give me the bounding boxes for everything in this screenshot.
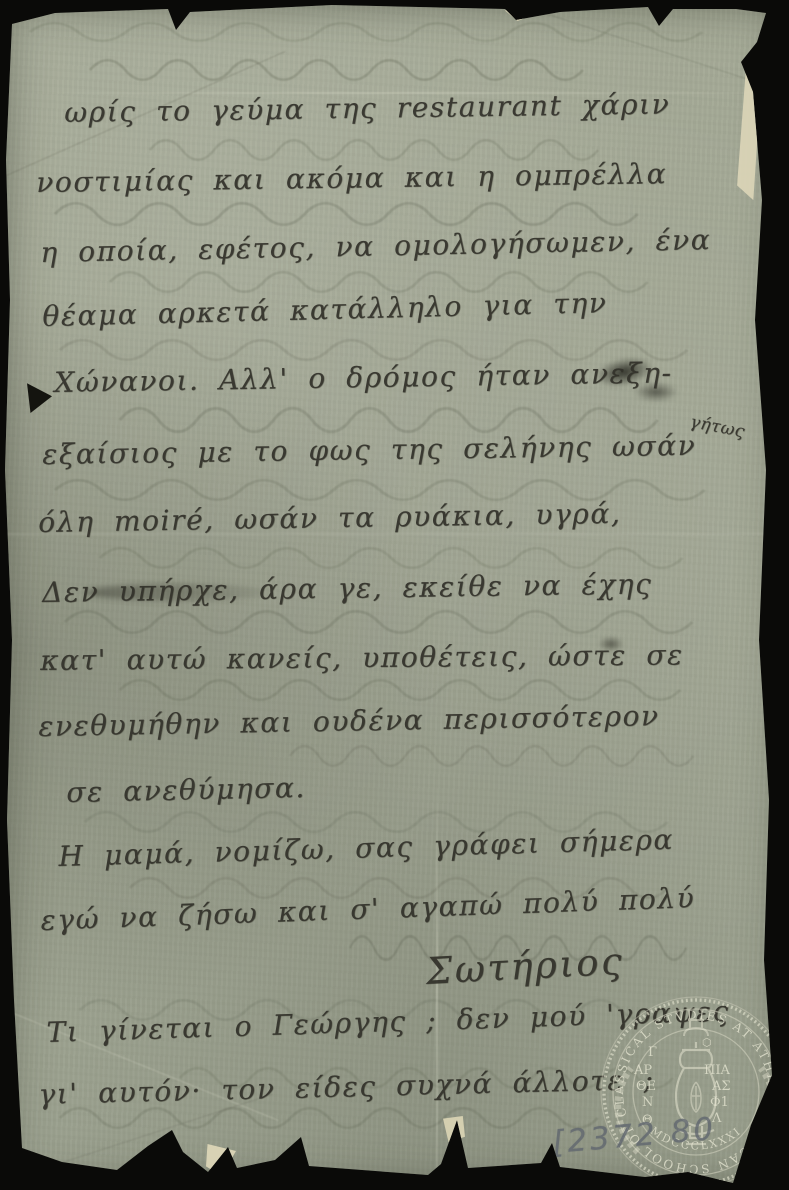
line-continuation-word: γήτως: [688, 412, 746, 442]
torn-edge-chip: [206, 1144, 236, 1176]
handwritten-line: Δεν υπήρχε, άρα γε, εκείθε να έχης: [42, 567, 653, 609]
handwritten-line: Η μαμά, νομίζω, σας γράφει σήμερα: [58, 823, 674, 873]
svg-text:⬡: ⬡: [702, 1036, 712, 1049]
embossed-library-seal: AMERICAN SCHOOL OF CLASSICAL STVDIES AT …: [598, 994, 789, 1190]
svg-text:ΑΡ: ΑΡ: [633, 1063, 652, 1078]
svg-text:Φ1: Φ1: [710, 1095, 729, 1110]
ink-blot: [27, 382, 52, 413]
handwritten-line: θέαμα αρκετά κατάλληλο για την: [42, 286, 608, 333]
handwritten-line: εξαίσιος με το φως της σελήνης ωσάν: [42, 429, 696, 471]
torn-edge-chip: [737, 58, 763, 201]
torn-edge-chip: [443, 1116, 465, 1142]
letter-paper: ωρίς το γεύμα της restaurant χάριν νοστι…: [0, 0, 789, 1190]
handwritten-line: η οποία, εφέτος, να ομολογήσωμεν, ένα: [40, 223, 711, 269]
svg-text:Γ: Γ: [648, 1045, 657, 1060]
scan-background: { "scan": { "kind": "handwritten letter …: [0, 0, 789, 1190]
torn-edge-chip: [505, 6, 533, 21]
handwritten-line: Χώνανοι. Αλλ' ο δρόμος ήταν ανεξη-: [54, 356, 673, 399]
handwritten-line: ενεθυμήθην και ουδένα περισσότερον: [38, 699, 660, 743]
handwritten-line: σε ανεθύμησα.: [66, 771, 306, 809]
handwritten-line: εγώ να ζήσω και σ' αγαπώ πολύ πολύ: [40, 881, 696, 937]
svg-text:ΑΣ: ΑΣ: [711, 1079, 731, 1094]
signature: Σωτήριος: [425, 940, 625, 993]
svg-text:ΘΕ: ΘΕ: [636, 1079, 656, 1094]
handwritten-line: όλη moiré, ωσάν τα ρυάκια, υγρά,: [38, 497, 622, 539]
handwritten-line: κατ' αυτώ κανείς, υποθέτεις, ώστε σε: [40, 638, 684, 677]
svg-text:ΠΙΑ: ΠΙΑ: [704, 1063, 730, 1078]
svg-text:Ν: Ν: [642, 1095, 653, 1110]
postscript-line: γι' αυτόν· τον είδες συχνά άλλοτε ;: [38, 1063, 655, 1111]
handwritten-line: νοστιμίας και ακόμα και η ομπρέλλα: [36, 157, 667, 199]
handwritten-line: ωρίς το γεύμα της restaurant χάριν: [64, 88, 670, 129]
